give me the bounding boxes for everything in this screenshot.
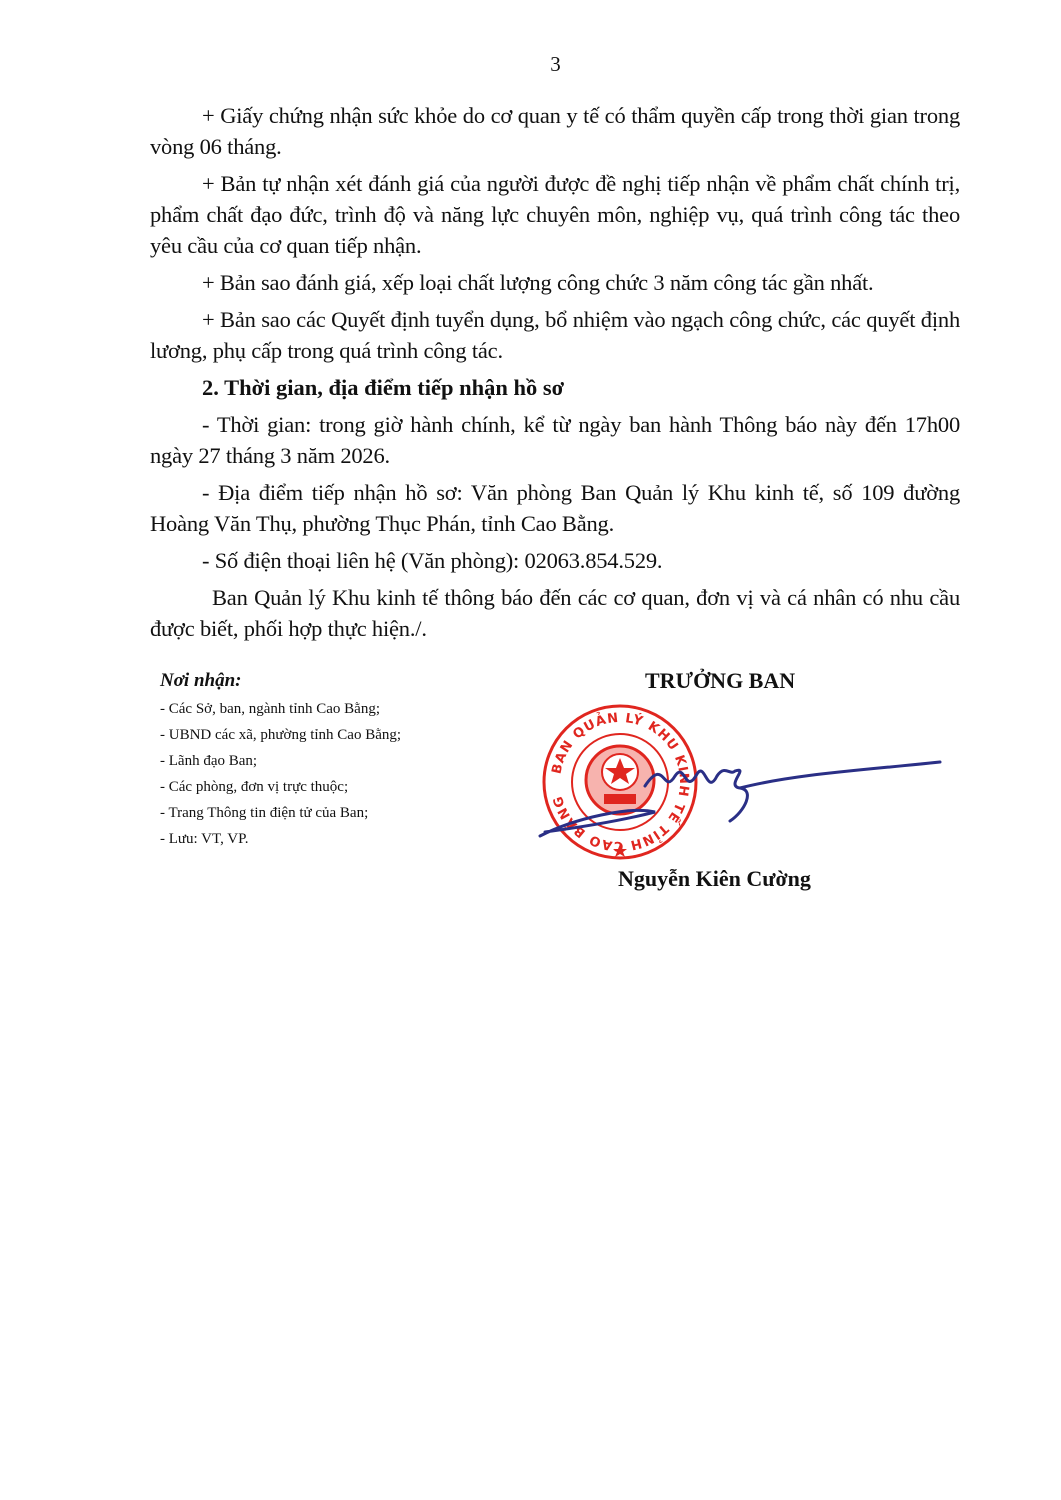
recipient-item: - Các phòng, đơn vị trực thuộc; <box>160 774 520 800</box>
recipient-item: - Trang Thông tin điện tử của Ban; <box>160 800 520 826</box>
section-2-heading: 2. Thời gian, địa điểm tiếp nhận hồ sơ <box>150 372 960 403</box>
recipients-title: Nơi nhận: <box>160 666 520 696</box>
document-body: + Giấy chứng nhận sức khỏe do cơ quan y … <box>150 100 960 650</box>
paragraph-evaluation-copy: + Bản sao đánh giá, xếp loại chất lượng … <box>150 267 960 298</box>
recipient-item: - Lưu: VT, VP. <box>160 826 520 852</box>
section-2-location: - Địa điểm tiếp nhận hồ sơ: Văn phòng Ba… <box>150 477 960 539</box>
signer-name: Nguyễn Kiên Cường <box>618 864 811 894</box>
recipient-item: - Các Sở, ban, ngành tỉnh Cao Bằng; <box>160 696 520 722</box>
signer-title: TRƯỞNG BAN <box>645 666 795 696</box>
recipient-item: - Lãnh đạo Ban; <box>160 748 520 774</box>
closing-paragraph: Ban Quản lý Khu kinh tế thông báo đến cá… <box>150 582 960 644</box>
page-number: 3 <box>0 52 1061 77</box>
paragraph-decisions-copy: + Bản sao các Quyết định tuyển dụng, bổ … <box>150 304 960 366</box>
paragraph-health-certificate: + Giấy chứng nhận sức khỏe do cơ quan y … <box>150 100 960 162</box>
recipient-item: - UBND các xã, phường tỉnh Cao Bằng; <box>160 722 520 748</box>
handwritten-signature-icon <box>535 726 955 846</box>
section-2-time: - Thời gian: trong giờ hành chính, kể từ… <box>150 409 960 471</box>
section-2-phone: - Số điện thoại liên hệ (Văn phòng): 020… <box>150 545 960 576</box>
recipients-block: Nơi nhận: - Các Sở, ban, ngành tỉnh Cao … <box>160 666 520 852</box>
paragraph-self-assessment: + Bản tự nhận xét đánh giá của người đượ… <box>150 168 960 261</box>
